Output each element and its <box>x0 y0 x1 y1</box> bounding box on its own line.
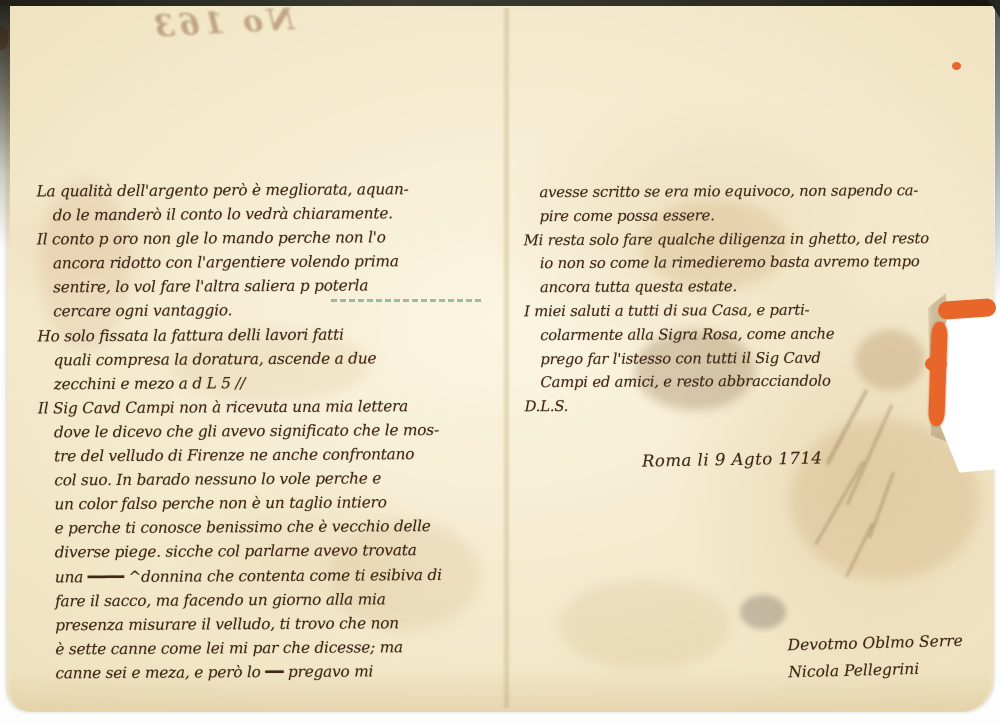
letter-line: Ho solo fissata la fattura delli lavori … <box>37 321 505 348</box>
letter-line: cercare ogni vantaggio. <box>53 297 505 324</box>
letter-line: fare il sacco, ma facendo un giorno alla… <box>55 586 507 613</box>
scan-edge-right <box>995 0 1000 300</box>
letter-line: presenza misurare il velludo, ti trovo c… <box>55 610 507 637</box>
letter-page-left: La qualità dell'argento però è megliorat… <box>36 177 507 686</box>
letter-line: Campi ed amici, e resto abbracciandolo <box>540 369 982 395</box>
letter-line: canne sei e meza, e però lo ━━ pregavo m… <box>55 658 507 685</box>
letter-line: tre del velludo di Firenze ne anche conf… <box>54 442 506 469</box>
letter-line: zecchini e mezo a d L 5 // <box>54 369 506 396</box>
letter-scan: No 163 La qualità dell'argento però è me… <box>0 0 1000 722</box>
letter-line: pire come possa essere. <box>540 203 982 229</box>
letter-line: è sette canne come lei mi par che dicess… <box>55 634 507 661</box>
letter-line: dove le dicevo che gli avevo significato… <box>54 418 506 445</box>
letter-line: io non so come la rimedieremo basta avre… <box>540 250 982 276</box>
letter-page-right: avesse scritto se era mio equivoco, non … <box>523 179 982 419</box>
letter-line: I miei saluti a tutti di sua Casa, e par… <box>524 298 982 324</box>
signature-valediction: Devotmo Oblmo Serre <box>787 628 963 660</box>
letter-line: do le manderò il conto lo vedrà chiarame… <box>53 201 505 228</box>
letter-line: avesse scritto se era mio equivoco, non … <box>539 179 981 205</box>
letter-line: un color falso perche non è un taglio in… <box>54 490 506 517</box>
scan-edge-left <box>0 0 10 250</box>
letter-line: Il conto p oro non gle lo mando perche n… <box>37 225 505 252</box>
letter-dateline: Roma li 9 Agto 1714 <box>642 448 823 470</box>
letter-line: sentire, lo vol fare l'altra saliera p p… <box>53 273 505 300</box>
letter-line: D.L.S. <box>525 393 983 419</box>
letter-line: col suo. In barado nessuno lo vole perch… <box>54 466 506 493</box>
letter-line: ancora ridotto con l'argentiere volendo … <box>53 249 505 276</box>
letter-line: ancora tutta questa estate. <box>540 274 982 300</box>
letter-line: prego far l'istesso con tutti il Sig Cav… <box>540 345 982 371</box>
scan-edge-top <box>0 0 1000 6</box>
letter-line: Il Sig Cavd Campi non à ricevuta una mia… <box>38 393 506 420</box>
signature-name: Nicola Pellegrini <box>788 655 964 687</box>
letter-line: diverse piege. sicche col parlarne avevo… <box>55 538 507 565</box>
letter-line: colarmente alla Sigra Rosa, come anche <box>540 322 982 348</box>
letter-line: e perche ti conosce benissimo che è vecc… <box>55 514 507 541</box>
letter-line: La qualità dell'argento però è megliorat… <box>36 177 504 204</box>
letter-line: una ━━━━ ^donnina che contenta come ti e… <box>55 562 507 589</box>
signature-block: Devotmo Oblmo Serre Nicola Pellegrini <box>787 628 964 687</box>
letter-line: Mi resta solo fare qualche diligenza in … <box>524 226 982 252</box>
letter-line: quali compresa la doratura, ascende a du… <box>53 345 505 372</box>
